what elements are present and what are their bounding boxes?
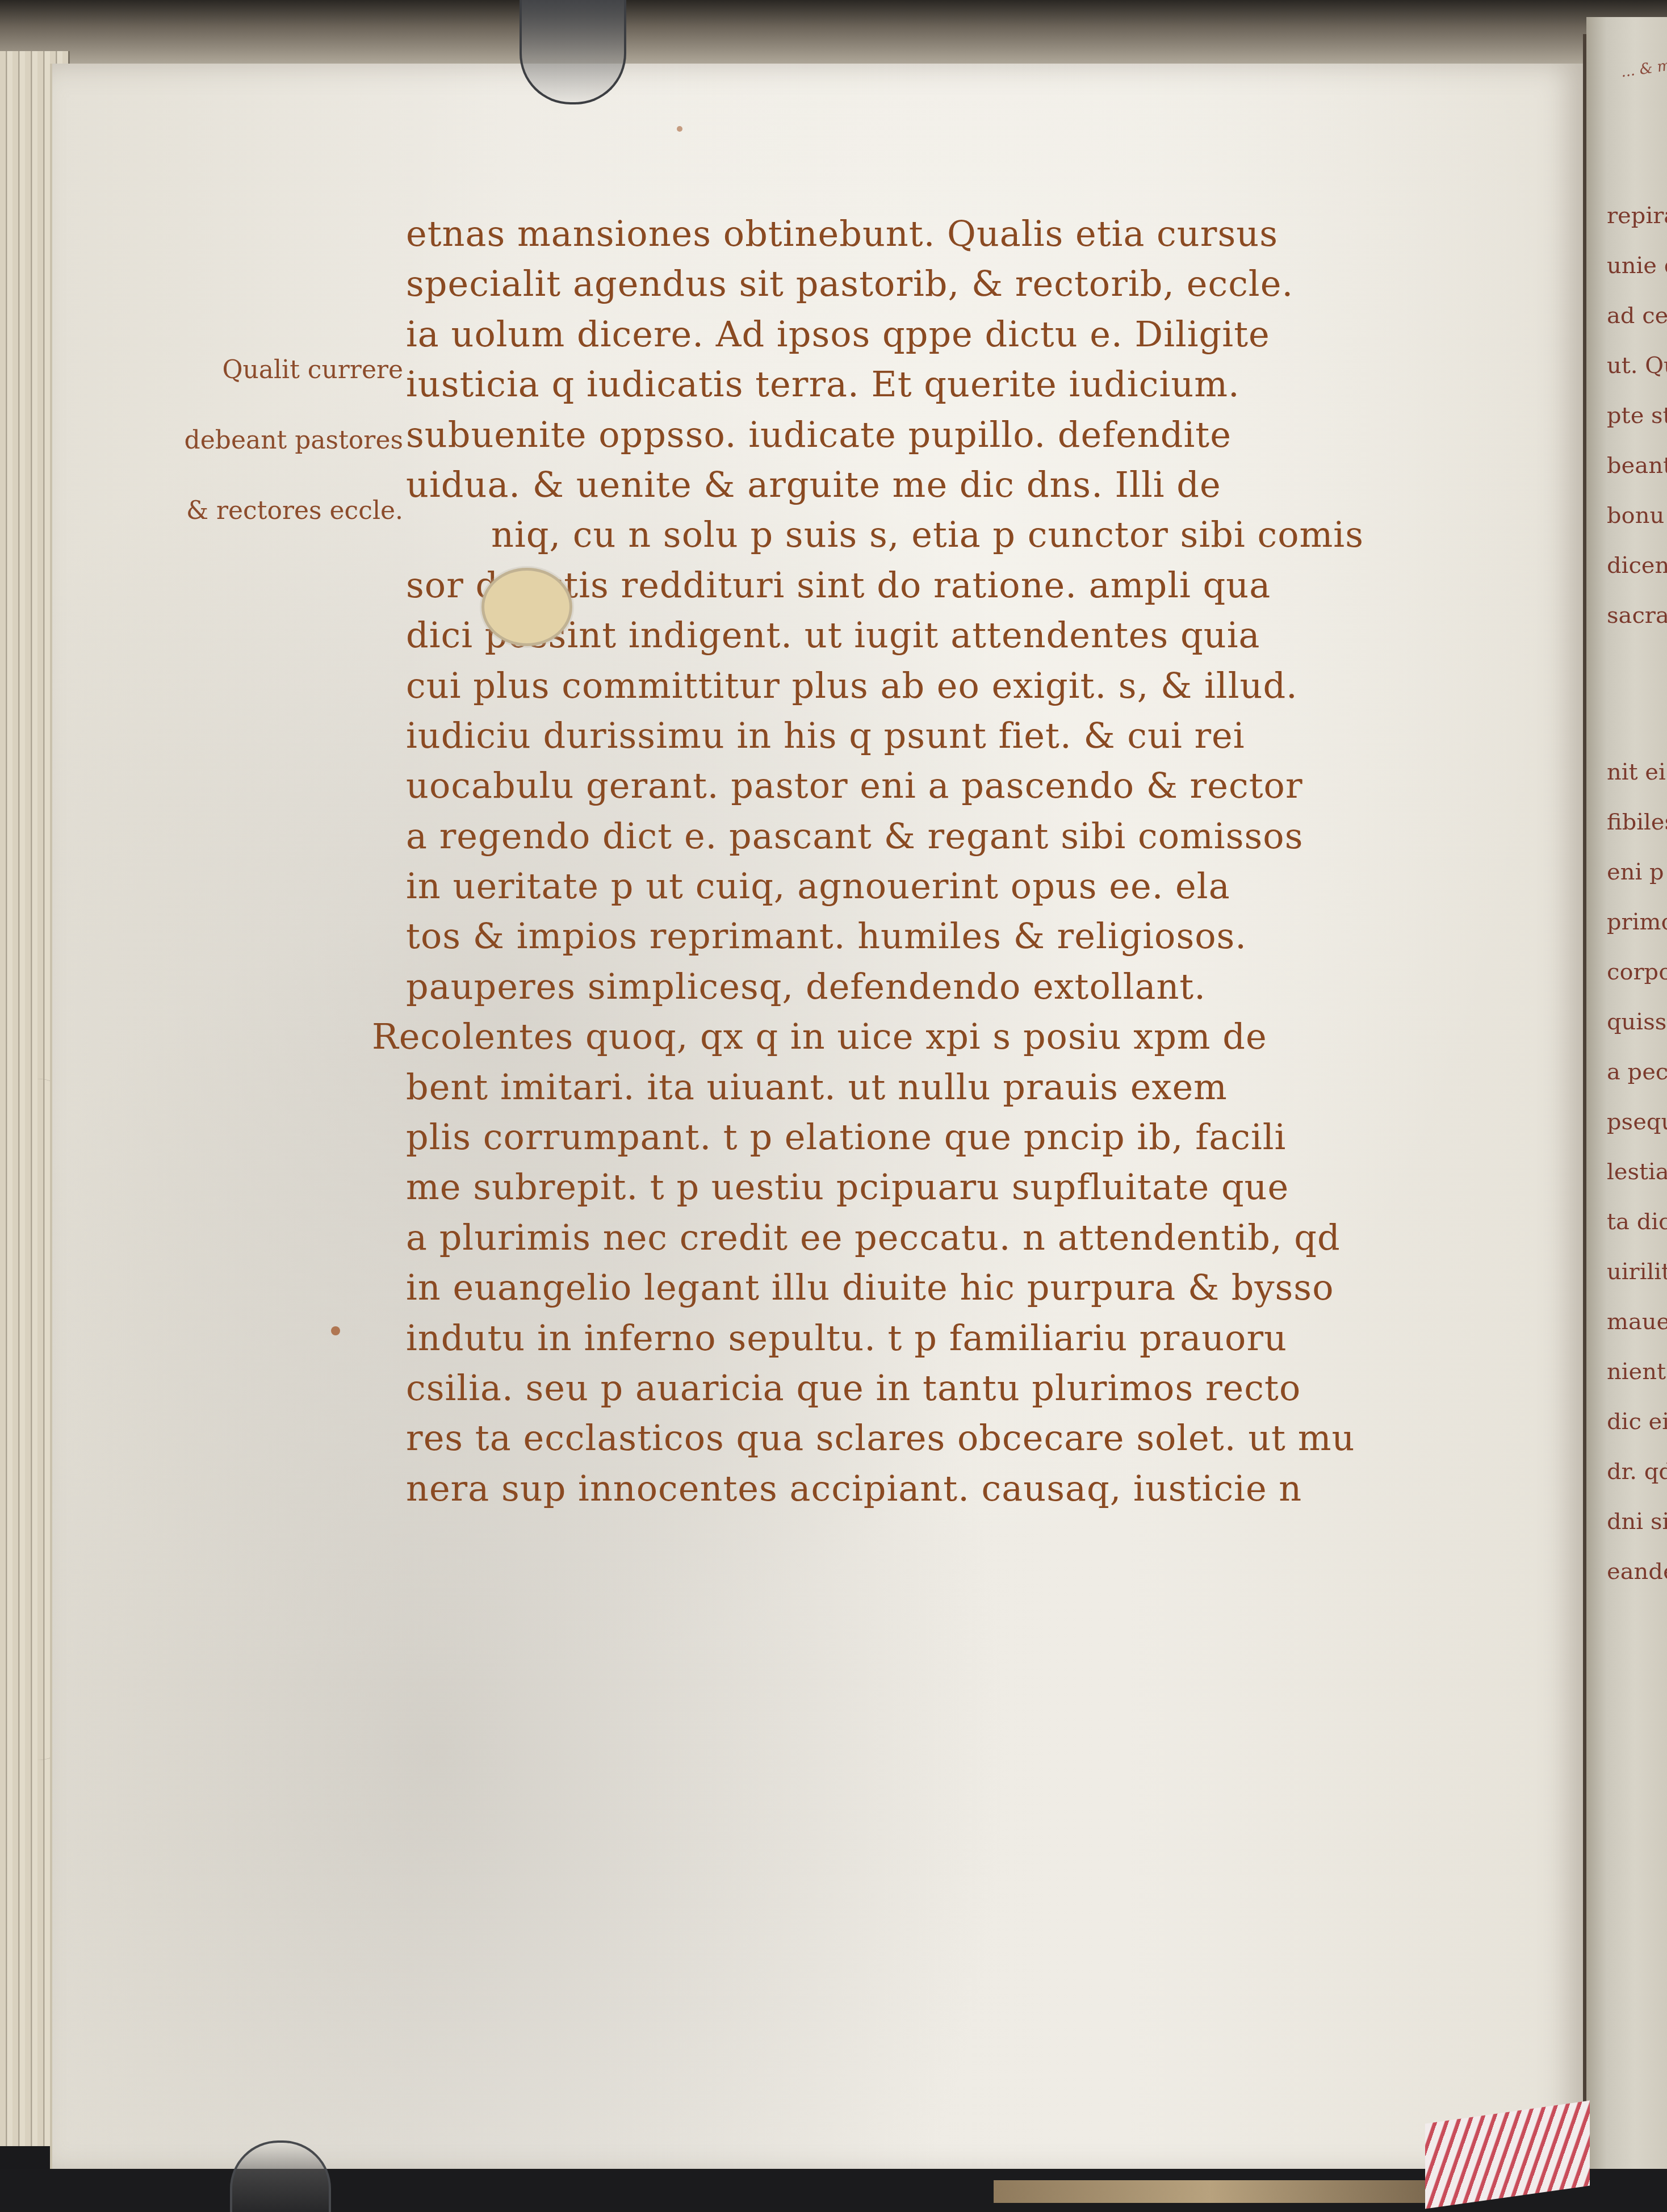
facing-line: uirilit ag (1607, 1260, 1667, 1283)
text-line: cui plus committitur plus ab eo exigit. … (406, 661, 1530, 711)
facing-line: eni p hui (1607, 861, 1667, 883)
facing-line: ta dicen (1607, 1210, 1667, 1233)
facing-line: dni sic i (1607, 1510, 1667, 1533)
text-line: iudiciu durissimu in his q psunt fiet. &… (406, 711, 1530, 761)
facing-line: pte stud (1607, 404, 1667, 427)
facing-line: bonu pim (1607, 504, 1667, 527)
facing-line: unie do (1607, 254, 1667, 277)
facing-line: ut. Quia (1607, 354, 1667, 377)
ink-spot (331, 1326, 340, 1335)
facing-line: sacra leg (1607, 604, 1667, 627)
text-line: uocabulu gerant. pastor eni a pascendo &… (406, 761, 1530, 811)
text-line: a regendo dict e. pascant & regant sibi … (406, 811, 1530, 861)
text-line: nera sup innocentes accipiant. causaq, i… (406, 1464, 1530, 1514)
book-top-edge (0, 0, 1667, 68)
ink-spot (677, 126, 682, 132)
text-line: uidua. & uenite & arguite me dic dns. Il… (406, 460, 1530, 510)
facing-line: mauerit (1607, 1310, 1667, 1333)
parchment-repair-patch (481, 568, 572, 646)
facing-line: primo qu (1607, 911, 1667, 933)
book-binding-edge (994, 2180, 1425, 2203)
facing-line: lestias. S (1607, 1161, 1667, 1183)
text-line: in ueritate p ut cuiq, agnouerint opus e… (406, 861, 1530, 911)
facing-line: eande gr (1607, 1560, 1667, 1583)
text-line: etnas mansiones obtinebunt. Qualis etia … (406, 209, 1530, 259)
margin-rubric: Qualit currere debeant pastores & rector… (85, 335, 403, 546)
facing-line: nientes (1607, 1360, 1667, 1383)
text-line: dici possint indigent. ut iugit attenden… (406, 610, 1530, 660)
main-text-block: etnas mansiones obtinebunt. Qualis etia … (406, 209, 1530, 1514)
facing-line: quissim (1607, 1011, 1667, 1033)
rubric-line: debeant pastores (85, 405, 403, 476)
manuscript-scene: ... & mala pro repirant. unie do ad cele… (0, 0, 1667, 2212)
facing-line: corpore (1607, 961, 1667, 983)
text-line: sor delictis reddituri sint do ratione. … (406, 560, 1530, 610)
facing-page: ... & mala pro repirant. unie do ad cele… (1586, 17, 1667, 2175)
text-line: subuenite oppsso. iudicate pupillo. defe… (406, 410, 1530, 460)
text-line: iusticia q iudicatis terra. Et querite i… (406, 359, 1530, 409)
text-line: niq, cu n solu p suis s, etia p cunctor … (406, 510, 1530, 560)
facing-line: psequit. (1607, 1111, 1667, 1133)
facing-line: a peccati (1607, 1061, 1667, 1083)
text-line: csilia. seu p auaricia que in tantu plur… (406, 1363, 1530, 1413)
facing-line: dicentes c (1607, 554, 1667, 577)
text-line: me subrepit. t p uestiu pcipuaru supflui… (406, 1162, 1530, 1212)
facing-line: dic ei si (1607, 1410, 1667, 1433)
facing-line: ad celesti (1607, 304, 1667, 327)
facing-line: dr. qd t (1607, 1460, 1667, 1483)
rubric-line: & rectores eccle. (85, 476, 403, 546)
text-line: pauperes simplicesq, defendendo extollan… (406, 962, 1530, 1012)
facing-line: repirant. (1607, 204, 1667, 227)
rubric-line: Qualit currere (85, 335, 403, 405)
facing-page-top-note: ... & mala pro (1620, 50, 1667, 81)
text-line: tos & impios reprimant. humiles & religi… (406, 911, 1530, 961)
facing-line: beant. qd (1607, 454, 1667, 477)
text-line: specialit agendus sit pastorib, & rector… (406, 259, 1530, 309)
facing-line: nit eis at (1607, 761, 1667, 784)
glass-weight-top (520, 0, 626, 104)
text-line: a plurimis nec credit ee peccatu. n atte… (406, 1213, 1530, 1263)
text-line: indutu in inferno sepultu. t p familiari… (406, 1313, 1530, 1363)
text-line: in euangelio legant illu diuite hic purp… (406, 1263, 1530, 1313)
text-line: bent imitari. ita uiuant. ut nullu praui… (406, 1062, 1530, 1112)
text-line: ia uolum dicere. Ad ipsos qppe dictu e. … (406, 309, 1530, 359)
text-line: res ta ecclasticos qua sclares obcecare … (406, 1413, 1530, 1463)
text-line: plis corrumpant. t p elatione que pncip … (406, 1112, 1530, 1162)
text-line-with-initial: Recolentes quoq, qx q in uice xpi s posi… (372, 1012, 1530, 1062)
facing-line: fibiles ex (1607, 811, 1667, 833)
